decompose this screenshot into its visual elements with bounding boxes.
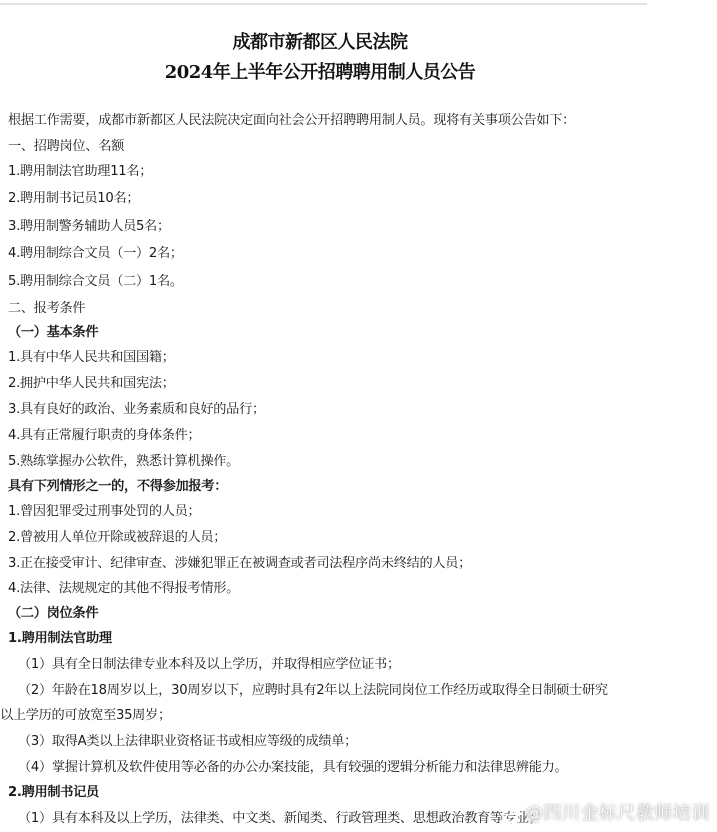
- list-item: （1）具有本科及以上学历，法律类、中文类、新闻类、行政管理类、思想政治教育等专业…: [18, 810, 542, 828]
- top-divider: [0, 3, 647, 5]
- list-item: （4）掌握计算机及软件使用等必备的办公办案技能，具有较强的逻辑分析能力和法律思辨…: [18, 759, 567, 777]
- list-item: （1）具有全日制法律专业本科及以上学历，并取得相应学位证书；: [18, 656, 400, 674]
- list-item: 4.具有正常履行职责的身体条件；: [8, 427, 200, 445]
- list-item: 4.法律、法规规定的其他不得报考情形。: [8, 580, 239, 598]
- list-item: 2.曾被用人单位开除或被辞退的人员；: [8, 529, 226, 547]
- watermark: @四川金标尺教师培训: [505, 799, 710, 825]
- intro-paragraph: 根据工作需要，成都市新都区人民法院决定面向社会公开招聘聘用制人员。现将有关事项公…: [8, 112, 575, 130]
- list-item: （2）年龄在18周岁以上，30周岁以下，应聘时具有2年以上法院同岗位工作经历或取…: [18, 682, 608, 700]
- basic-conditions-heading: （一）基本条件: [8, 324, 98, 342]
- list-item: 3.具有良好的政治、业务素质和良好的品行；: [8, 401, 265, 419]
- list-item: （3）取得A类以上法律职业资格证书或相应等级的成绩单；: [18, 733, 357, 751]
- list-item: 1.曾因犯罪受过刑事处罚的人员；: [8, 503, 200, 521]
- position-conditions-heading: （二）岗位条件: [8, 605, 98, 623]
- exclusion-heading: 具有下列情形之一的，不得参加报考：: [8, 478, 227, 496]
- list-item: 4.聘用制综合文员（一）2名；: [8, 245, 183, 263]
- list-item: 1.聘用制法官助理11名；: [8, 163, 152, 181]
- clerk-heading: 2.聘用制书记员: [8, 784, 99, 802]
- section1-heading: 一、招聘岗位、名额: [8, 138, 124, 156]
- watermark-text: @四川金标尺教师培训: [525, 803, 710, 824]
- document-subtitle: 2024年上半年公开招聘聘用制人员公告: [0, 58, 640, 84]
- weibo-icon: [505, 807, 523, 821]
- list-item: 3.正在接受审计、纪律审查、涉嫌犯罪正在被调查或者司法程序尚未终结的人员；: [8, 555, 471, 573]
- section2-heading: 二、报考条件: [8, 300, 85, 318]
- list-item: 5.聘用制综合文员（二）1名。: [8, 273, 183, 291]
- list-item: 3.聘用制警务辅助人员5名；: [8, 218, 170, 236]
- list-item: 2.拥护中华人民共和国宪法；: [8, 375, 175, 393]
- list-item: 5.熟练掌握办公软件，熟悉计算机操作。: [8, 453, 239, 471]
- list-item-continuation: 以上学历的可放宽至35周岁；: [0, 707, 171, 725]
- document-title: 成都市新都区人民法院: [0, 28, 640, 54]
- list-item: 2.聘用制书记员10名；: [8, 190, 139, 208]
- judge-assistant-heading: 1.聘用制法官助理: [8, 630, 112, 648]
- list-item: 1.具有中华人民共和国国籍；: [8, 349, 175, 367]
